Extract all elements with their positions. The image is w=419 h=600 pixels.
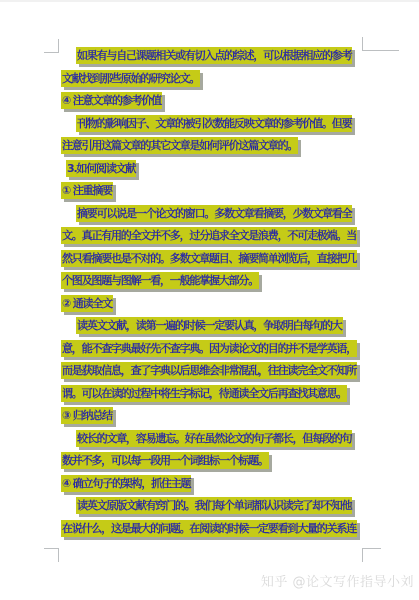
highlighted-text: ④ 注意文章的参考价值: [61, 92, 162, 109]
margin-corner-mark-bottom-left: [44, 548, 59, 562]
highlighted-text: 如果有与自己课题相关或有切入点的综述，可以根据相应的参考文献找到那些原始的研究论…: [61, 47, 352, 87]
watermark: 知乎 @论文写作指导小刘: [261, 571, 414, 590]
section-heading-how-to-read: 3.如何阅读文献: [61, 158, 359, 181]
paragraph-sentence-structure-detail: 读英文原版文献有窍门的。我们每个单词都认识读完了却不知他在说什么，这是最大的问题…: [61, 495, 359, 540]
paragraph-abstract-detail: 摘要可以说是一个论文的窗口。多数文章看摘要，少数文章看全文。真正有用的全文并不多…: [61, 203, 359, 293]
item-heading-reference-value: ④ 注意文章的参考价值: [61, 90, 359, 113]
highlighted-text: ③ 归纳总结: [61, 407, 113, 424]
item-heading-summarize: ③ 归纳总结: [61, 405, 359, 428]
item-heading-abstract: ① 注重摘要: [61, 180, 359, 203]
highlighted-text: 摘要可以说是一个论文的窗口。多数文章看摘要，少数文章看全文。真正有用的全文并不多…: [61, 205, 357, 290]
page-top-edge: [0, 0, 419, 2]
highlighted-text: ① 注重摘要: [61, 182, 113, 199]
margin-corner-mark-top-left: [44, 39, 59, 53]
highlighted-text: 3.如何阅读文献: [66, 160, 136, 177]
paragraph-summarize-detail: 较长的文章，容易遗忘。好在虽然论文的句子都长，但每段的句数并不多，可以每一段用一…: [61, 428, 359, 473]
margin-corner-mark-bottom-right: [362, 548, 381, 562]
highlighted-text: 读英文原版文献有窍门的。我们每个单词都认识读完了却不知他在说什么，这是最大的问题…: [61, 497, 357, 537]
item-heading-read-fulltext: ② 通读全文: [61, 293, 359, 316]
highlighted-text: 刊物的影响因子、文章的被引次数能反映文章的参考价值。但要注意引用这篇文章的其它文…: [61, 115, 352, 155]
paragraph-survey-references: 如果有与自己课题相关或有切入点的综述，可以根据相应的参考文献找到那些原始的研究论…: [61, 45, 359, 90]
paragraph-impact-factor: 刊物的影响因子、文章的被引次数能反映文章的参考价值。但要注意引用这篇文章的其它文…: [61, 113, 359, 158]
document-text-column: 如果有与自己课题相关或有切入点的综述，可以根据相应的参考文献找到那些原始的研究论…: [61, 45, 359, 540]
highlighted-text: ④ 确立句子的架构，抓住主题: [61, 475, 191, 492]
highlighted-text: 读英文文献，读第一遍的时候一定要认真，争取明白每句的大意，能不查字典最好先不查字…: [61, 317, 357, 402]
paragraph-read-fulltext-detail: 读英文文献，读第一遍的时候一定要认真，争取明白每句的大意，能不查字典最好先不查字…: [61, 315, 359, 405]
highlighted-text: ② 通读全文: [61, 295, 113, 312]
highlighted-text: 较长的文章，容易遗忘。好在虽然论文的句子都长，但每段的句数并不多，可以每一段用一…: [61, 430, 352, 470]
document-page: { "page": { "colors": { "highlight_color…: [0, 0, 419, 600]
margin-corner-mark-top-right: [362, 37, 399, 51]
item-heading-sentence-structure: ④ 确立句子的架构，抓住主题: [61, 473, 359, 496]
